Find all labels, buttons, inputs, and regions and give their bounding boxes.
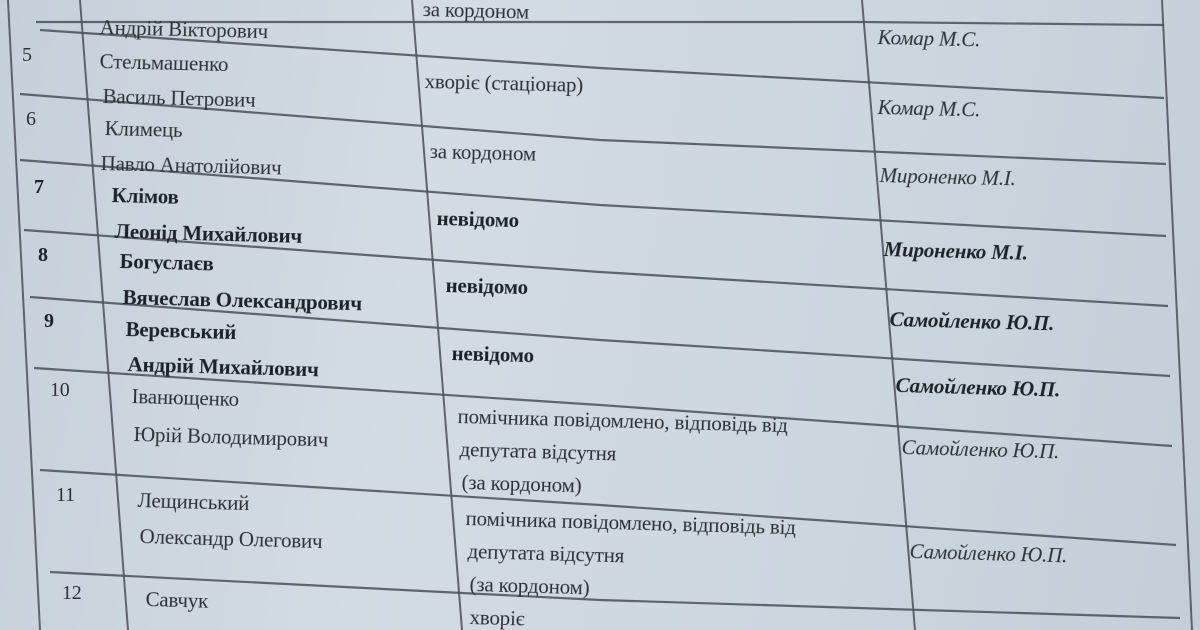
surname-row-11: Лещинський	[137, 487, 249, 516]
status-row-10-line-3: (за кордоном)	[461, 469, 582, 498]
status-row-7: невідомо	[436, 205, 519, 233]
responsible-row-7: Мироненко М.І.	[883, 236, 1028, 266]
responsible-row-11: Самойленко Ю.П.	[909, 538, 1067, 568]
responsible-row-0: Комар М.С.	[877, 24, 980, 52]
responsible-row-5: Комар М.С.	[877, 94, 980, 122]
responsible-row-6: Мироненко М.І.	[879, 162, 1016, 191]
row-number-11: 11	[56, 482, 75, 508]
surname-row-5: Стельмашенко	[99, 48, 228, 77]
status-row-10-line-2: депутата відсутня	[459, 436, 616, 466]
row-number-10: 10	[50, 377, 70, 403]
given-name-row-0: Андрій Вікторович	[99, 14, 268, 44]
status-row-6: за кордоном	[429, 138, 536, 167]
status-row-12: хворіє	[469, 604, 525, 630]
surname-row-8: Богуслаєв	[119, 248, 214, 276]
photographed-document: Андрій Вікторович за кордоном Комар М.С.…	[0, 0, 1200, 630]
row-number-12: 12	[62, 580, 82, 606]
status-row-0: за кордоном	[422, 0, 529, 25]
given-name-row-6: Павло Анатолійович	[100, 150, 281, 180]
given-name-row-11: Олександр Олегович	[139, 523, 323, 554]
row-number-5: 5	[22, 42, 32, 68]
surname-row-12: Савчук	[145, 586, 208, 614]
given-name-row-10: Юрій Володимирович	[133, 421, 328, 452]
status-row-9: невідомо	[451, 340, 534, 368]
row-number-8: 8	[38, 242, 48, 268]
row-number-9: 9	[44, 308, 54, 334]
responsible-row-10: Самойленко Ю.П.	[901, 434, 1059, 464]
surname-row-10: Іванющенко	[131, 383, 239, 412]
status-row-5: хворіє (стаціонар)	[424, 68, 583, 98]
row-number-6: 6	[26, 106, 36, 132]
status-row-11-line-3: (за кордоном)	[469, 571, 590, 600]
status-row-11-line-2: депутата відсутня	[467, 538, 624, 568]
surname-row-9: Веревський	[125, 316, 236, 345]
given-name-row-9: Андрій Михайлович	[127, 351, 319, 382]
responsible-row-9: Самойленко Ю.П.	[895, 372, 1060, 403]
responsible-row-8: Самойленко Ю.П.	[889, 306, 1054, 336]
surname-row-6: Климець	[104, 115, 182, 143]
status-row-8: невідомо	[445, 272, 528, 300]
row-number-7: 7	[34, 174, 44, 200]
surname-row-7: Клімов	[111, 182, 179, 210]
given-name-row-7: Леонід Михайлович	[114, 218, 302, 249]
given-name-row-5: Василь Петрович	[102, 83, 255, 113]
